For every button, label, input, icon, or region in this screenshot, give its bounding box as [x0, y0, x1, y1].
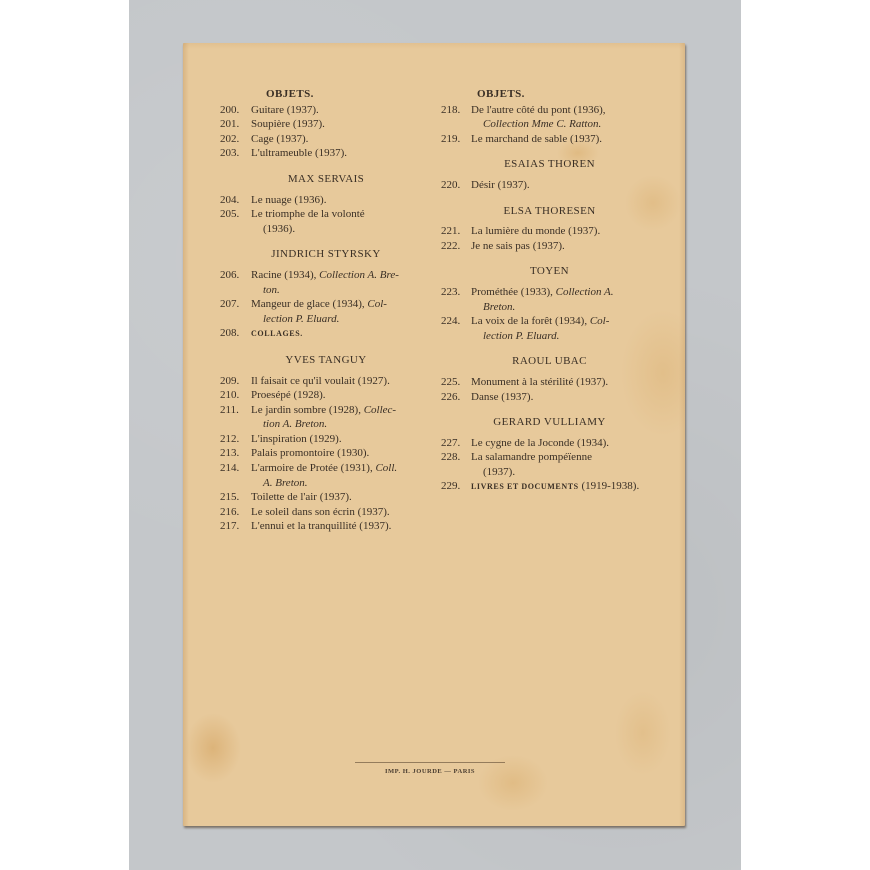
entry-continuation: ton. [251, 283, 420, 298]
catalogue-entry: 202.Cage (1937). [220, 132, 420, 147]
catalogue-entry: 205.Le triomphe de la volonté(1936). [220, 207, 420, 236]
entry-title: Désir (1937). [471, 178, 646, 193]
entry-title: L'inspiration (1929). [251, 432, 420, 447]
entry-number: 211. [220, 403, 251, 432]
catalogue-entry: 212.L'inspiration (1929). [220, 432, 420, 447]
entry-title: La salamandre pompéïenne(1937). [471, 450, 646, 479]
catalogue-entry: 209.Il faisait ce qu'il voulait (1927). [220, 374, 420, 389]
artist-heading: JINDRICH STYRSKY [220, 247, 420, 262]
collection-note: Col- [590, 315, 610, 327]
entry-number: 227. [441, 436, 471, 451]
collection-note: Col- [367, 298, 387, 310]
artist-heading: ESAIAS THOREN [441, 157, 646, 172]
entry-number: 204. [220, 193, 251, 208]
catalogue-entry: 200.Guitare (1937). [220, 103, 420, 118]
entry-title: Guitare (1937). [251, 103, 420, 118]
catalogue-entry: 228.La salamandre pompéïenne(1937). [441, 450, 646, 479]
catalogue-page: OBJETS.200.Guitare (1937).201.Soupière (… [183, 43, 685, 826]
catalogue-entry: 217.L'ennui et la tranquillité (1937). [220, 519, 420, 534]
entry-title: Soupière (1937). [251, 117, 420, 132]
catalogue-entry: 210.Proesépé (1928). [220, 388, 420, 403]
entry-title: L'ennui et la tranquillité (1937). [251, 519, 420, 534]
collection-note: Coll. [375, 462, 397, 474]
entry-number: 201. [220, 117, 251, 132]
entry-number: 229. [441, 479, 471, 495]
catalogue-entry: 206.Racine (1934), Collection A. Bre-ton… [220, 268, 420, 297]
catalogue-entry: 203.L'ultrameuble (1937). [220, 146, 420, 161]
entry-number: 223. [441, 285, 471, 314]
entry-number: 213. [220, 446, 251, 461]
collection-note: tion A. Breton. [263, 418, 327, 430]
entry-continuation: Collection Mme C. Ratton. [471, 117, 646, 132]
artist-heading: TOYEN [441, 264, 646, 279]
entry-title: La voix de la forêt (1934), Col-lection … [471, 314, 646, 343]
entry-number: 218. [441, 103, 471, 132]
entry-number: 219. [441, 132, 471, 147]
entry-number: 228. [441, 450, 471, 479]
entry-number: 220. [441, 178, 471, 193]
entry-number: 216. [220, 505, 251, 520]
entry-continuation: lection P. Eluard. [471, 329, 646, 344]
entry-number: 210. [220, 388, 251, 403]
entry-title: Le marchand de sable (1937). [471, 132, 646, 147]
entry-continuation: (1936). [251, 222, 420, 237]
collection-note: lection P. Eluard. [483, 330, 559, 342]
entry-number: 206. [220, 268, 251, 297]
catalogue-entry: 225.Monument à la stérilité (1937). [441, 375, 646, 390]
entry-number: 226. [441, 390, 471, 405]
entry-number: 202. [220, 132, 251, 147]
entry-number: 217. [220, 519, 251, 534]
entry-title: Le triomphe de la volonté(1936). [251, 207, 420, 236]
entry-title: Il faisait ce qu'il voulait (1927). [251, 374, 420, 389]
entry-title: Palais promontoire (1930). [251, 446, 420, 461]
entry-number: 222. [441, 239, 471, 254]
collection-note: A. Breton. [263, 477, 308, 489]
catalogue-entry: 207.Mangeur de glace (1934), Col-lection… [220, 297, 420, 326]
artist-heading: MAX SERVAIS [220, 172, 420, 187]
catalogue-entry: 201.Soupière (1937). [220, 117, 420, 132]
catalogue-entry: 213.Palais promontoire (1930). [220, 446, 420, 461]
entry-title: Monument à la stérilité (1937). [471, 375, 646, 390]
right-column: OBJETS.218.De l'autre côté du pont (1936… [441, 87, 646, 495]
entry-title: Toilette de l'air (1937). [251, 490, 420, 505]
entry-continuation: (1937). [471, 465, 646, 480]
section-subheading: OBJETS. [220, 87, 420, 102]
collection-note: lection P. Eluard. [263, 313, 339, 325]
entry-title: Je ne sais pas (1937). [471, 239, 646, 254]
catalogue-entry: 226.Danse (1937). [441, 390, 646, 405]
entry-title: Le soleil dans son écrin (1937). [251, 505, 420, 520]
entry-title: Proesépé (1928). [251, 388, 420, 403]
catalogue-entry: 215.Toilette de l'air (1937). [220, 490, 420, 505]
catalogue-entry: 220.Désir (1937). [441, 178, 646, 193]
catalogue-entry: 222.Je ne sais pas (1937). [441, 239, 646, 254]
entry-continuation: A. Breton. [251, 476, 420, 491]
entry-number: 205. [220, 207, 251, 236]
catalogue-entry: 216.Le soleil dans son écrin (1937). [220, 505, 420, 520]
entry-title: Cage (1937). [251, 132, 420, 147]
entry-title: COLLAGES. [251, 326, 420, 342]
entry-number: 224. [441, 314, 471, 343]
catalogue-entry: 221.La lumière du monde (1937). [441, 224, 646, 239]
entry-number: 221. [441, 224, 471, 239]
entry-number: 208. [220, 326, 251, 342]
artist-heading: RAOUL UBAC [441, 354, 646, 369]
catalogue-entry: 204.Le nuage (1936). [220, 193, 420, 208]
collection-note: Collection A. Bre- [319, 269, 399, 281]
entry-title: Prométhée (1933), Collection A.Breton. [471, 285, 646, 314]
entry-title: Le cygne de la Joconde (1934). [471, 436, 646, 451]
collection-note: Collection Mme C. Ratton. [483, 118, 601, 130]
collection-note: ton. [263, 284, 280, 296]
entry-title: Danse (1937). [471, 390, 646, 405]
entry-continuation: lection P. Eluard. [251, 312, 420, 327]
catalogue-entry: 214.L'armoire de Protée (1931), Coll.A. … [220, 461, 420, 490]
entry-continuation: tion A. Breton. [251, 417, 420, 432]
entry-title: Le jardin sombre (1928), Collec-tion A. … [251, 403, 420, 432]
catalogue-entry: 229.LIVRES ET DOCUMENTS (1919-1938). [441, 479, 646, 495]
artist-heading: GERARD VULLIAMY [441, 415, 646, 430]
smallcaps-text: LIVRES ET DOCUMENTS [471, 482, 579, 491]
entry-title: Mangeur de glace (1934), Col-lection P. … [251, 297, 420, 326]
entry-title: La lumière du monde (1937). [471, 224, 646, 239]
entry-title: Le nuage (1936). [251, 193, 420, 208]
catalogue-entry: 223.Prométhée (1933), Collection A.Breto… [441, 285, 646, 314]
catalogue-entry: 219.Le marchand de sable (1937). [441, 132, 646, 147]
artist-heading: YVES TANGUY [220, 353, 420, 368]
artist-heading: ELSA THORESEN [441, 204, 646, 219]
entry-title: Racine (1934), Collection A. Bre-ton. [251, 268, 420, 297]
entry-number: 209. [220, 374, 251, 389]
section-subheading: OBJETS. [441, 87, 646, 102]
catalogue-entry: 211.Le jardin sombre (1928), Collec-tion… [220, 403, 420, 432]
entry-title: L'armoire de Protée (1931), Coll.A. Bret… [251, 461, 420, 490]
entry-number: 207. [220, 297, 251, 326]
entry-number: 212. [220, 432, 251, 447]
left-column: OBJETS.200.Guitare (1937).201.Soupière (… [220, 87, 420, 534]
entry-number: 215. [220, 490, 251, 505]
entry-title: LIVRES ET DOCUMENTS (1919-1938). [471, 479, 646, 495]
entry-number: 214. [220, 461, 251, 490]
catalogue-entry: 224.La voix de la forêt (1934), Col-lect… [441, 314, 646, 343]
entry-number: 200. [220, 103, 251, 118]
entry-title: L'ultrameuble (1937). [251, 146, 420, 161]
smallcaps-text: COLLAGES. [251, 329, 303, 338]
catalogue-entry: 218.De l'autre côté du pont (1936),Colle… [441, 103, 646, 132]
entry-number: 225. [441, 375, 471, 390]
entry-number: 203. [220, 146, 251, 161]
catalogue-entry: 227.Le cygne de la Joconde (1934). [441, 436, 646, 451]
printer-imprint: IMP. H. JOURDE — PARIS [355, 762, 505, 775]
collection-note: Collec- [364, 404, 396, 416]
collection-note: Collection A. [556, 286, 614, 298]
entry-continuation: Breton. [471, 300, 646, 315]
collection-note: Breton. [483, 301, 515, 313]
catalogue-entry: 208.COLLAGES. [220, 326, 420, 342]
entry-title: De l'autre côté du pont (1936),Collectio… [471, 103, 646, 132]
